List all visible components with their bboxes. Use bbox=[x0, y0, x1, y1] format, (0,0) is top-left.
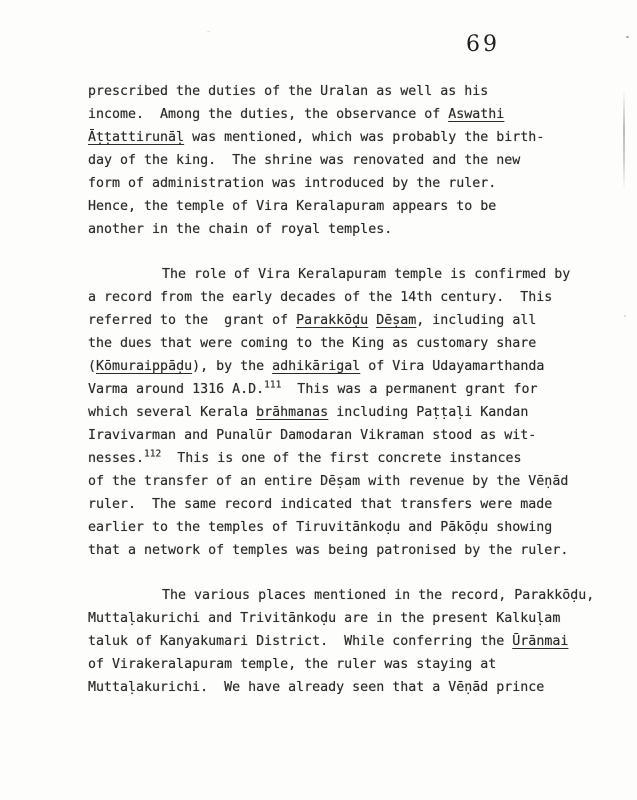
underlined-term: Āṭṭattirunāḷ bbox=[88, 130, 184, 145]
text-line: Muttaḷakurichi. We have already seen tha… bbox=[88, 676, 578, 699]
text-line: (Kōmuraippāḍu), by the adhikārigal of Vi… bbox=[88, 355, 578, 378]
text-segment: which several Kerala bbox=[88, 405, 256, 420]
footnote-marker: 111 bbox=[264, 380, 281, 391]
text-line: another in the chain of royal temples. bbox=[88, 218, 578, 241]
text-line: form of administration was introduced by… bbox=[88, 172, 578, 195]
underlined-term: Aswathi bbox=[448, 107, 504, 122]
underlined-term: Dēṣam bbox=[376, 313, 416, 328]
text-segment: a record from the early decades of the 1… bbox=[88, 290, 552, 305]
text-line: ruler. The same record indicated that tr… bbox=[88, 493, 578, 516]
text-segment: day of the king. The shrine was renovate… bbox=[88, 153, 520, 168]
document-page: 69 prescribed the duties of the Uralan a… bbox=[0, 0, 637, 800]
text-segment: income. Among the duties, the observance… bbox=[88, 107, 448, 122]
paragraph: prescribed the duties of the Uralan as w… bbox=[88, 80, 578, 241]
text-segment: Iravivarman and Punalūr Damodaran Vikram… bbox=[88, 428, 536, 443]
underlined-term: Parakkōḍu bbox=[296, 313, 368, 328]
text-line: Iravivarman and Punalūr Damodaran Vikram… bbox=[88, 424, 578, 447]
scan-artifact-speck bbox=[207, 31, 210, 32]
text-line: which several Kerala brāhmanas including… bbox=[88, 401, 578, 424]
text-line: income. Among the duties, the observance… bbox=[88, 103, 578, 126]
underlined-term: adhikārigal bbox=[272, 359, 360, 374]
text-segment: ), by the bbox=[192, 359, 272, 374]
text-segment: Muttaḷakurichi and Trivitānkoḍu are in t… bbox=[88, 611, 560, 626]
text-segment: ruler. The same record indicated that tr… bbox=[88, 497, 552, 512]
underlined-term: brāhmanas bbox=[256, 405, 328, 420]
text-line: a record from the early decades of the 1… bbox=[88, 286, 578, 309]
text-segment: , including all bbox=[416, 313, 536, 328]
text-segment: of Vira Udayamarthanda bbox=[360, 359, 544, 374]
text-segment: The role of Vira Keralapuram temple is c… bbox=[162, 267, 570, 282]
scan-artifact-speck bbox=[624, 315, 626, 317]
paragraph: The various places mentioned in the reco… bbox=[88, 584, 578, 699]
page-number: 69 bbox=[466, 32, 500, 57]
text-segment: nesses. bbox=[88, 451, 144, 466]
text-segment: referred to the grant of bbox=[88, 313, 296, 328]
text-line: Varma around 1316 A.D.111 This was a per… bbox=[88, 378, 578, 401]
text-line: referred to the grant of Parakkōḍu Dēṣam… bbox=[88, 309, 578, 332]
text-segment: Varma around 1316 A.D. bbox=[88, 382, 264, 397]
text-line: Hence, the temple of Vira Keralapuram ap… bbox=[88, 195, 578, 218]
text-segment: ( bbox=[88, 359, 96, 374]
text-segment: prescribed the duties of the Uralan as w… bbox=[88, 84, 488, 99]
body-text: prescribed the duties of the Uralan as w… bbox=[88, 80, 578, 699]
text-segment: This is one of the first concrete instan… bbox=[161, 451, 521, 466]
text-line: taluk of Kanyakumari District. While con… bbox=[88, 630, 578, 653]
text-line: earlier to the temples of Tiruvitānkoḍu … bbox=[88, 516, 578, 539]
text-segment: of Virakeralapuram temple, the ruler was… bbox=[88, 657, 496, 672]
text-line: The role of Vira Keralapuram temple is c… bbox=[88, 263, 578, 286]
text-segment: the dues that were coming to the King as… bbox=[88, 336, 536, 351]
underlined-term: Ūrānmai bbox=[512, 634, 568, 649]
text-segment: that a network of temples was being patr… bbox=[88, 543, 568, 558]
text-line: prescribed the duties of the Uralan as w… bbox=[88, 80, 578, 103]
text-segment: This was a permanent grant for bbox=[281, 382, 537, 397]
text-segment: The various places mentioned in the reco… bbox=[162, 588, 594, 603]
scan-artifact-streak bbox=[623, 90, 625, 190]
underlined-term: Kōmuraippāḍu bbox=[96, 359, 192, 374]
text-line: of Virakeralapuram temple, the ruler was… bbox=[88, 653, 578, 676]
text-segment: form of administration was introduced by… bbox=[88, 176, 496, 191]
text-line: that a network of temples was being patr… bbox=[88, 539, 578, 562]
scan-artifact-speck bbox=[626, 36, 629, 38]
text-segment: another in the chain of royal temples. bbox=[88, 222, 392, 237]
text-segment: earlier to the temples of Tiruvitānkoḍu … bbox=[88, 520, 552, 535]
text-segment: was mentioned, which was probably the bi… bbox=[184, 130, 544, 145]
text-line: nesses.112 This is one of the first conc… bbox=[88, 447, 578, 470]
text-segment: including Paṭṭaḷi Kandan bbox=[328, 405, 528, 420]
text-line: Āṭṭattirunāḷ was mentioned, which was pr… bbox=[88, 126, 578, 149]
text-segment: taluk of Kanyakumari District. While con… bbox=[88, 634, 512, 649]
text-segment: of the transfer of an entire Dēṣam with … bbox=[88, 474, 568, 489]
text-line: the dues that were coming to the King as… bbox=[88, 332, 578, 355]
text-line: The various places mentioned in the reco… bbox=[88, 584, 578, 607]
paragraph: The role of Vira Keralapuram temple is c… bbox=[88, 263, 578, 562]
text-segment: Hence, the temple of Vira Keralapuram ap… bbox=[88, 199, 496, 214]
footnote-marker: 112 bbox=[144, 449, 161, 460]
text-segment: Muttaḷakurichi. We have already seen tha… bbox=[88, 680, 544, 695]
text-line: of the transfer of an entire Dēṣam with … bbox=[88, 470, 578, 493]
text-line: Muttaḷakurichi and Trivitānkoḍu are in t… bbox=[88, 607, 578, 630]
text-line: day of the king. The shrine was renovate… bbox=[88, 149, 578, 172]
